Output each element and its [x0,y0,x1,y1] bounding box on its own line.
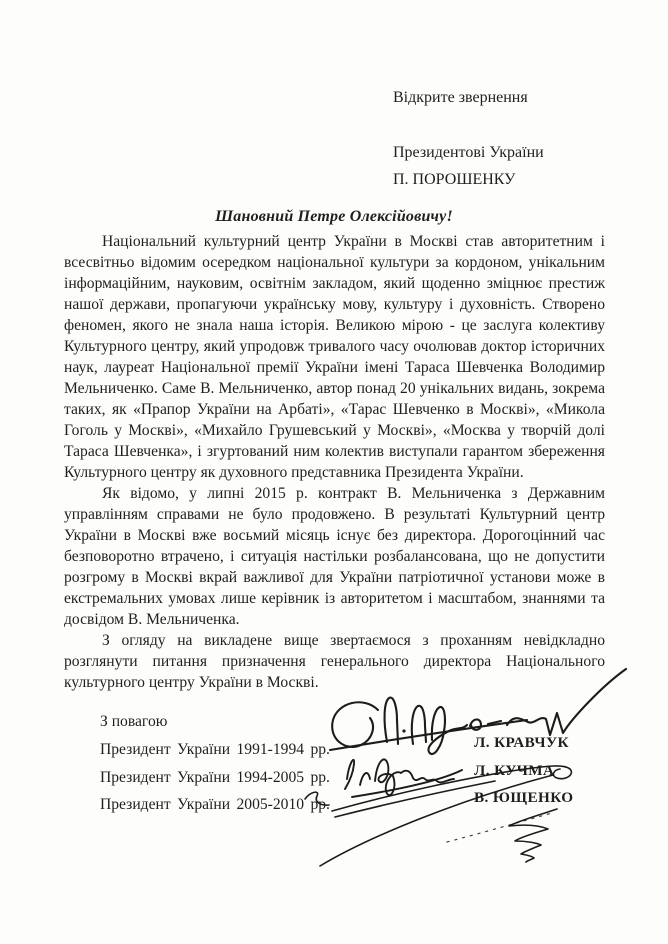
yushchenko-signature [305,792,329,805]
recipient-name: П. ПОРОШЕНКУ [393,166,544,193]
paragraph-2: Як відомо, у липні 2015 р. контракт В. М… [64,483,605,630]
salutation: Шановний Петре Олексійовичу! [64,208,604,226]
kravchuk-signature [332,702,378,747]
kravchuk-signature [507,669,626,735]
kravchuk-signature [330,669,626,754]
kravchuk-signature [385,698,398,744]
kravchuk-signature [402,729,405,732]
letter-page: Відкрите звернення Президентові України … [0,0,668,944]
yushchenko-signature [447,813,552,842]
kravchuk-signature [330,720,527,750]
recipient-block: Президентові України П. ПОРОШЕНКУ [393,139,544,193]
yushchenko-signature [335,781,495,817]
yushchenko-signature [509,809,557,862]
kuchma-signature [360,773,370,785]
letter-body: Національний культурний центр України в … [64,231,605,693]
kravchuk-signature [412,706,426,744]
letter-type-heading: Відкрите звернення [393,87,544,109]
signatures-overlay [290,660,668,890]
yushchenko-signature [320,775,553,866]
letter-header: Відкрите звернення Президентові України … [393,87,544,193]
kuchma-signature [345,760,354,789]
recipient-title: Президентові України [393,139,544,166]
paragraph-1: Національний культурний центр України в … [64,231,605,483]
